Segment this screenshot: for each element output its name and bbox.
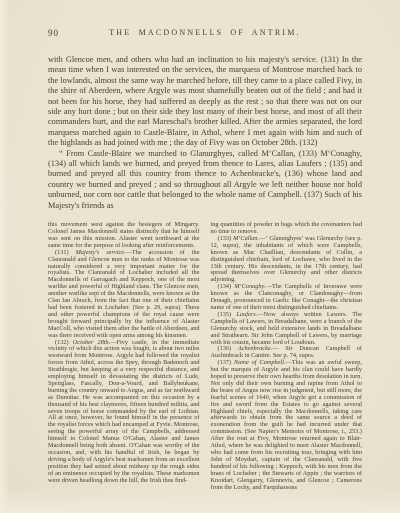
footnote-continuation: this movement west against the besiegers…	[48, 222, 200, 250]
footnote-134: (134) M‘Conaghy.—The Campbells of Invera…	[211, 284, 363, 312]
footnote-text: —This was an awful sweep, but the marqui…	[211, 359, 363, 490]
footnote-136: (136) Achenbracke.— Sir Duncan Campbell …	[211, 346, 363, 360]
page-header: 90 THE MACDONNELLS OF ANTRIM.	[48, 28, 362, 42]
footnote-text: this movement west against the besiegers…	[48, 221, 200, 249]
footnote-continuation: ing quantities of powder in bags which t…	[211, 222, 363, 236]
footnote-text: ing quantities of powder in bags which t…	[211, 221, 363, 235]
footnote-135: (135) Laufers.—Now always written Lawers…	[211, 312, 363, 347]
footnote-132: (132) October 28th.—Fivy castle, in the …	[48, 340, 200, 485]
page-number: 90	[48, 28, 59, 38]
footnote-text: —Fivy castle, in the immediate vicinity …	[48, 339, 200, 484]
body-text: with Glencoe men, and others who had an …	[48, 55, 362, 211]
footnote-column-left: this movement west against the besiegers…	[48, 222, 200, 491]
footnote-column-right: ing quantities of powder in bags which t…	[211, 222, 363, 491]
body-paragraph-2: “ From Castle-Blaire we marched to Glanu…	[48, 149, 362, 211]
footnotes: this movement west against the besiegers…	[48, 222, 362, 491]
page-content: 90 THE MACDONNELLS OF ANTRIM. with Glenc…	[48, 28, 362, 513]
footnote-133: (133) M‘Callan.—‘ Glanurghyes’ was Glenu…	[211, 236, 363, 284]
running-title: THE MACDONNELLS OF ANTRIM.	[48, 28, 362, 37]
footnote-131: (131) Majesty's service.—The accession o…	[48, 250, 200, 340]
book-page: 90 THE MACDONNELLS OF ANTRIM. with Glenc…	[0, 0, 400, 513]
footnote-text: —The accession of the Clanranald and Gle…	[48, 249, 200, 339]
body-paragraph-1: with Glencoe men, and others who had an …	[48, 55, 362, 149]
footnote-137: (137) Name of Campbell.—This was an awfu…	[211, 360, 363, 491]
footnote-text: —‘ Glanurghyes’ was Glenurchy (see p. 12…	[211, 235, 363, 283]
